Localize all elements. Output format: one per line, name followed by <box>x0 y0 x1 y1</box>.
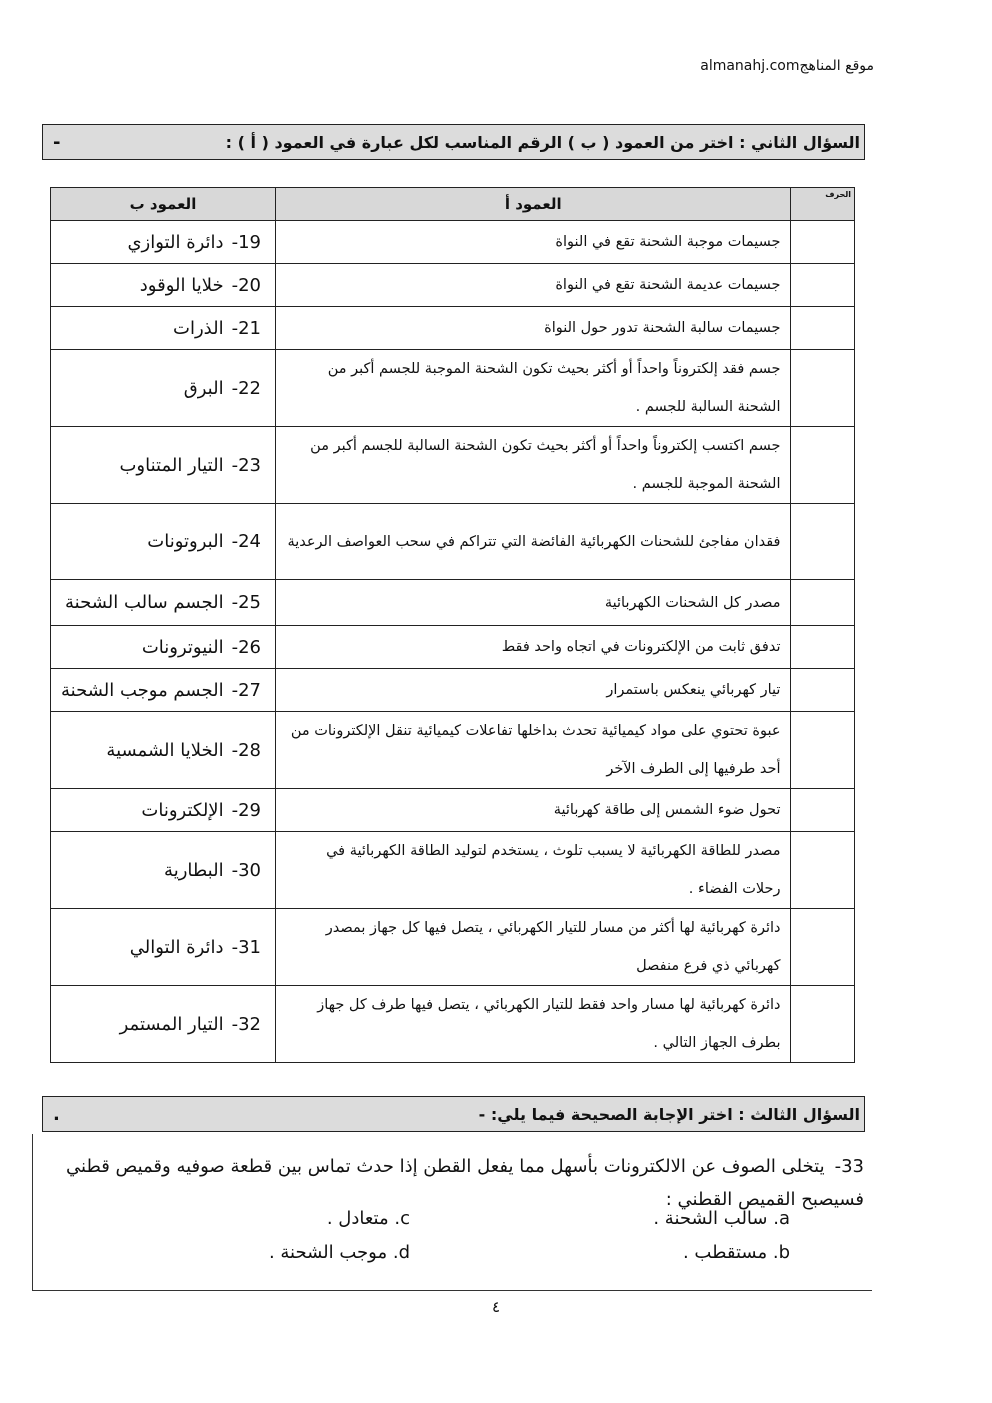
statement: تحول ضوء الشمس إلى طاقة كهربائية <box>275 789 791 832</box>
table-row: تحول ضوء الشمس إلى طاقة كهربائية 29-الإل… <box>51 789 855 832</box>
question-number: 33- <box>835 1156 864 1177</box>
choice-text: التيار المتناوب <box>119 455 223 476</box>
choice-number: 21- <box>232 318 261 339</box>
table-row: جسم اكتسب إلكتروناً واحداً أو أكثر بحيث … <box>51 427 855 504</box>
col-header-b: العمود ب <box>51 188 276 221</box>
section-border-left <box>32 1134 33 1290</box>
option-text: متعادل . <box>327 1208 389 1229</box>
question3-title-bar: . السؤال الثالث : اختر الإجابة الصحيحة ف… <box>42 1096 865 1132</box>
statement: مصدر للطاقة الكهربائية لا يسبب تلوث ، يس… <box>275 832 791 909</box>
choice: 28-الخلايا الشمسية <box>51 712 276 789</box>
answer-cell[interactable] <box>791 504 855 580</box>
option-text: مستقطب . <box>683 1242 767 1263</box>
table-row: تيار كهربائي ينعكس باستمرار 27-الجسم موج… <box>51 669 855 712</box>
statement: جسم فقد إلكتروناً واحداً أو أكثر بحيث تك… <box>275 350 791 427</box>
choice-text: النيوترونات <box>142 637 224 658</box>
statement: جسيمات سالبة الشحنة تدور حول النواة <box>275 307 791 350</box>
choice: 31-دائرة التوالي <box>51 909 276 986</box>
statement: تيار كهربائي ينعكس باستمرار <box>275 669 791 712</box>
option-c[interactable]: c. متعادل . <box>327 1208 410 1229</box>
table-header-row: الحرف العمود أ العمود ب <box>51 188 855 221</box>
answer-cell[interactable] <box>791 626 855 669</box>
choice-number: 32- <box>232 1014 261 1035</box>
option-d[interactable]: d. موجب الشحنة . <box>269 1242 410 1263</box>
table-row: فقدان مفاجئ للشحنات الكهربائية الفائضة ا… <box>51 504 855 580</box>
statement: دائرة كهربائية لها أكثر من مسار للتيار ا… <box>275 909 791 986</box>
question3-title: السؤال الثالث : اختر الإجابة الصحيحة فيم… <box>479 1105 860 1124</box>
answer-cell[interactable] <box>791 909 855 986</box>
choice: 21-الذرات <box>51 307 276 350</box>
section-border-bottom <box>32 1290 872 1291</box>
table-row: جسم فقد إلكتروناً واحداً أو أكثر بحيث تك… <box>51 350 855 427</box>
choice-number: 19- <box>232 232 261 253</box>
answer-cell[interactable] <box>791 580 855 626</box>
site-domain: almanahj.com <box>700 58 799 74</box>
site-name: موقع المناهج <box>800 58 874 74</box>
choice-number: 28- <box>232 740 261 761</box>
choice-text: التيار المستمر <box>120 1014 224 1035</box>
option-label: c. <box>394 1208 410 1229</box>
question3-trailing: . <box>53 1104 60 1125</box>
question-33: 33-يتخلى الصوف عن الالكترونات بأسهل مما … <box>54 1150 864 1216</box>
answer-cell[interactable] <box>791 307 855 350</box>
choice-text: دائرة التوازي <box>127 232 223 253</box>
answer-cell[interactable] <box>791 221 855 264</box>
choice: 23-التيار المتناوب <box>51 427 276 504</box>
answer-cell[interactable] <box>791 350 855 427</box>
option-text: موجب الشحنة . <box>269 1242 387 1263</box>
page-number: ٤ <box>492 1298 500 1316</box>
choice-text: البرق <box>184 378 224 399</box>
choice: 22-البرق <box>51 350 276 427</box>
choice: 24-البروتونات <box>51 504 276 580</box>
table-row: عبوة تحتوي على مواد كيميائية تحدث بداخله… <box>51 712 855 789</box>
choice-number: 24- <box>232 531 261 552</box>
choice: 29-الإلكترونات <box>51 789 276 832</box>
table-row: دائرة كهربائية لها أكثر من مسار للتيار ا… <box>51 909 855 986</box>
statement: جسم اكتسب إلكتروناً واحداً أو أكثر بحيث … <box>275 427 791 504</box>
question2-trailing: - <box>53 132 60 153</box>
answer-cell[interactable] <box>791 669 855 712</box>
statement: فقدان مفاجئ للشحنات الكهربائية الفائضة ا… <box>275 504 791 580</box>
statement: مصدر كل الشحنات الكهربائية <box>275 580 791 626</box>
choice-number: 29- <box>232 800 261 821</box>
table-row: جسيمات سالبة الشحنة تدور حول النواة 21-ا… <box>51 307 855 350</box>
choice-number: 31- <box>232 937 261 958</box>
choice-text: دائرة التوالي <box>130 937 224 958</box>
table-row: تدفق ثابت من الإلكترونات في اتجاه واحد ف… <box>51 626 855 669</box>
table-row: مصدر كل الشحنات الكهربائية 25-الجسم سالب… <box>51 580 855 626</box>
choice: 27-الجسم موجب الشحنة <box>51 669 276 712</box>
answer-cell[interactable] <box>791 832 855 909</box>
question-text: يتخلى الصوف عن الالكترونات بأسهل مما يفع… <box>66 1156 864 1210</box>
choice: 32-التيار المستمر <box>51 986 276 1063</box>
choice-number: 26- <box>232 637 261 658</box>
choice-text: الخلايا الشمسية <box>106 740 223 761</box>
choice-text: الجسم موجب الشحنة <box>61 680 224 701</box>
choice-text: الإلكترونات <box>141 800 223 821</box>
choice-text: الذرات <box>173 318 224 339</box>
question2-title-bar: - السؤال الثاني : اختر من العمود ( ب ) ا… <box>42 124 865 160</box>
choice-number: 22- <box>232 378 261 399</box>
table-row: جسيمات عديمة الشحنة تقع في النواة 20-خلا… <box>51 264 855 307</box>
choice: 19-دائرة التوازي <box>51 221 276 264</box>
choice: 30-البطارية <box>51 832 276 909</box>
answer-cell[interactable] <box>791 427 855 504</box>
option-label: a. <box>773 1208 790 1229</box>
statement: جسيمات موجبة الشحنة تقع في النواة <box>275 221 791 264</box>
answer-cell[interactable] <box>791 264 855 307</box>
table-row: مصدر للطاقة الكهربائية لا يسبب تلوث ، يس… <box>51 832 855 909</box>
col-header-letter: الحرف <box>791 188 855 221</box>
choice-text: البروتونات <box>147 531 223 552</box>
choice-number: 20- <box>232 275 261 296</box>
option-a[interactable]: a. سالب الشحنة . <box>653 1208 790 1229</box>
answer-cell[interactable] <box>791 712 855 789</box>
choice: 26-النيوترونات <box>51 626 276 669</box>
option-label: d. <box>393 1242 410 1263</box>
option-b[interactable]: b. مستقطب . <box>683 1242 790 1263</box>
statement: دائرة كهربائية لها مسار واحد فقط للتيار … <box>275 986 791 1063</box>
site-header: موقع المناهجalmanahj.com <box>700 58 874 74</box>
choice: 25-الجسم سالب الشحنة <box>51 580 276 626</box>
question2-title: السؤال الثاني : اختر من العمود ( ب ) الر… <box>226 133 860 152</box>
answer-cell[interactable] <box>791 789 855 832</box>
choice-number: 23- <box>232 455 261 476</box>
choice-text: خلايا الوقود <box>140 275 224 296</box>
answer-cell[interactable] <box>791 986 855 1063</box>
statement: عبوة تحتوي على مواد كيميائية تحدث بداخله… <box>275 712 791 789</box>
option-text: سالب الشحنة . <box>653 1208 767 1229</box>
statement: تدفق ثابت من الإلكترونات في اتجاه واحد ف… <box>275 626 791 669</box>
choice: 20-خلايا الوقود <box>51 264 276 307</box>
matching-table: الحرف العمود أ العمود ب جسيمات موجبة الش… <box>50 187 855 1063</box>
table-row: دائرة كهربائية لها مسار واحد فقط للتيار … <box>51 986 855 1063</box>
table-row: جسيمات موجبة الشحنة تقع في النواة 19-دائ… <box>51 221 855 264</box>
option-label: b. <box>773 1242 790 1263</box>
choice-text: البطارية <box>164 860 224 881</box>
choice-number: 25- <box>232 592 261 613</box>
statement: جسيمات عديمة الشحنة تقع في النواة <box>275 264 791 307</box>
choice-number: 27- <box>232 680 261 701</box>
choice-number: 30- <box>232 860 261 881</box>
choice-text: الجسم سالب الشحنة <box>65 592 224 613</box>
col-header-a: العمود أ <box>275 188 791 221</box>
